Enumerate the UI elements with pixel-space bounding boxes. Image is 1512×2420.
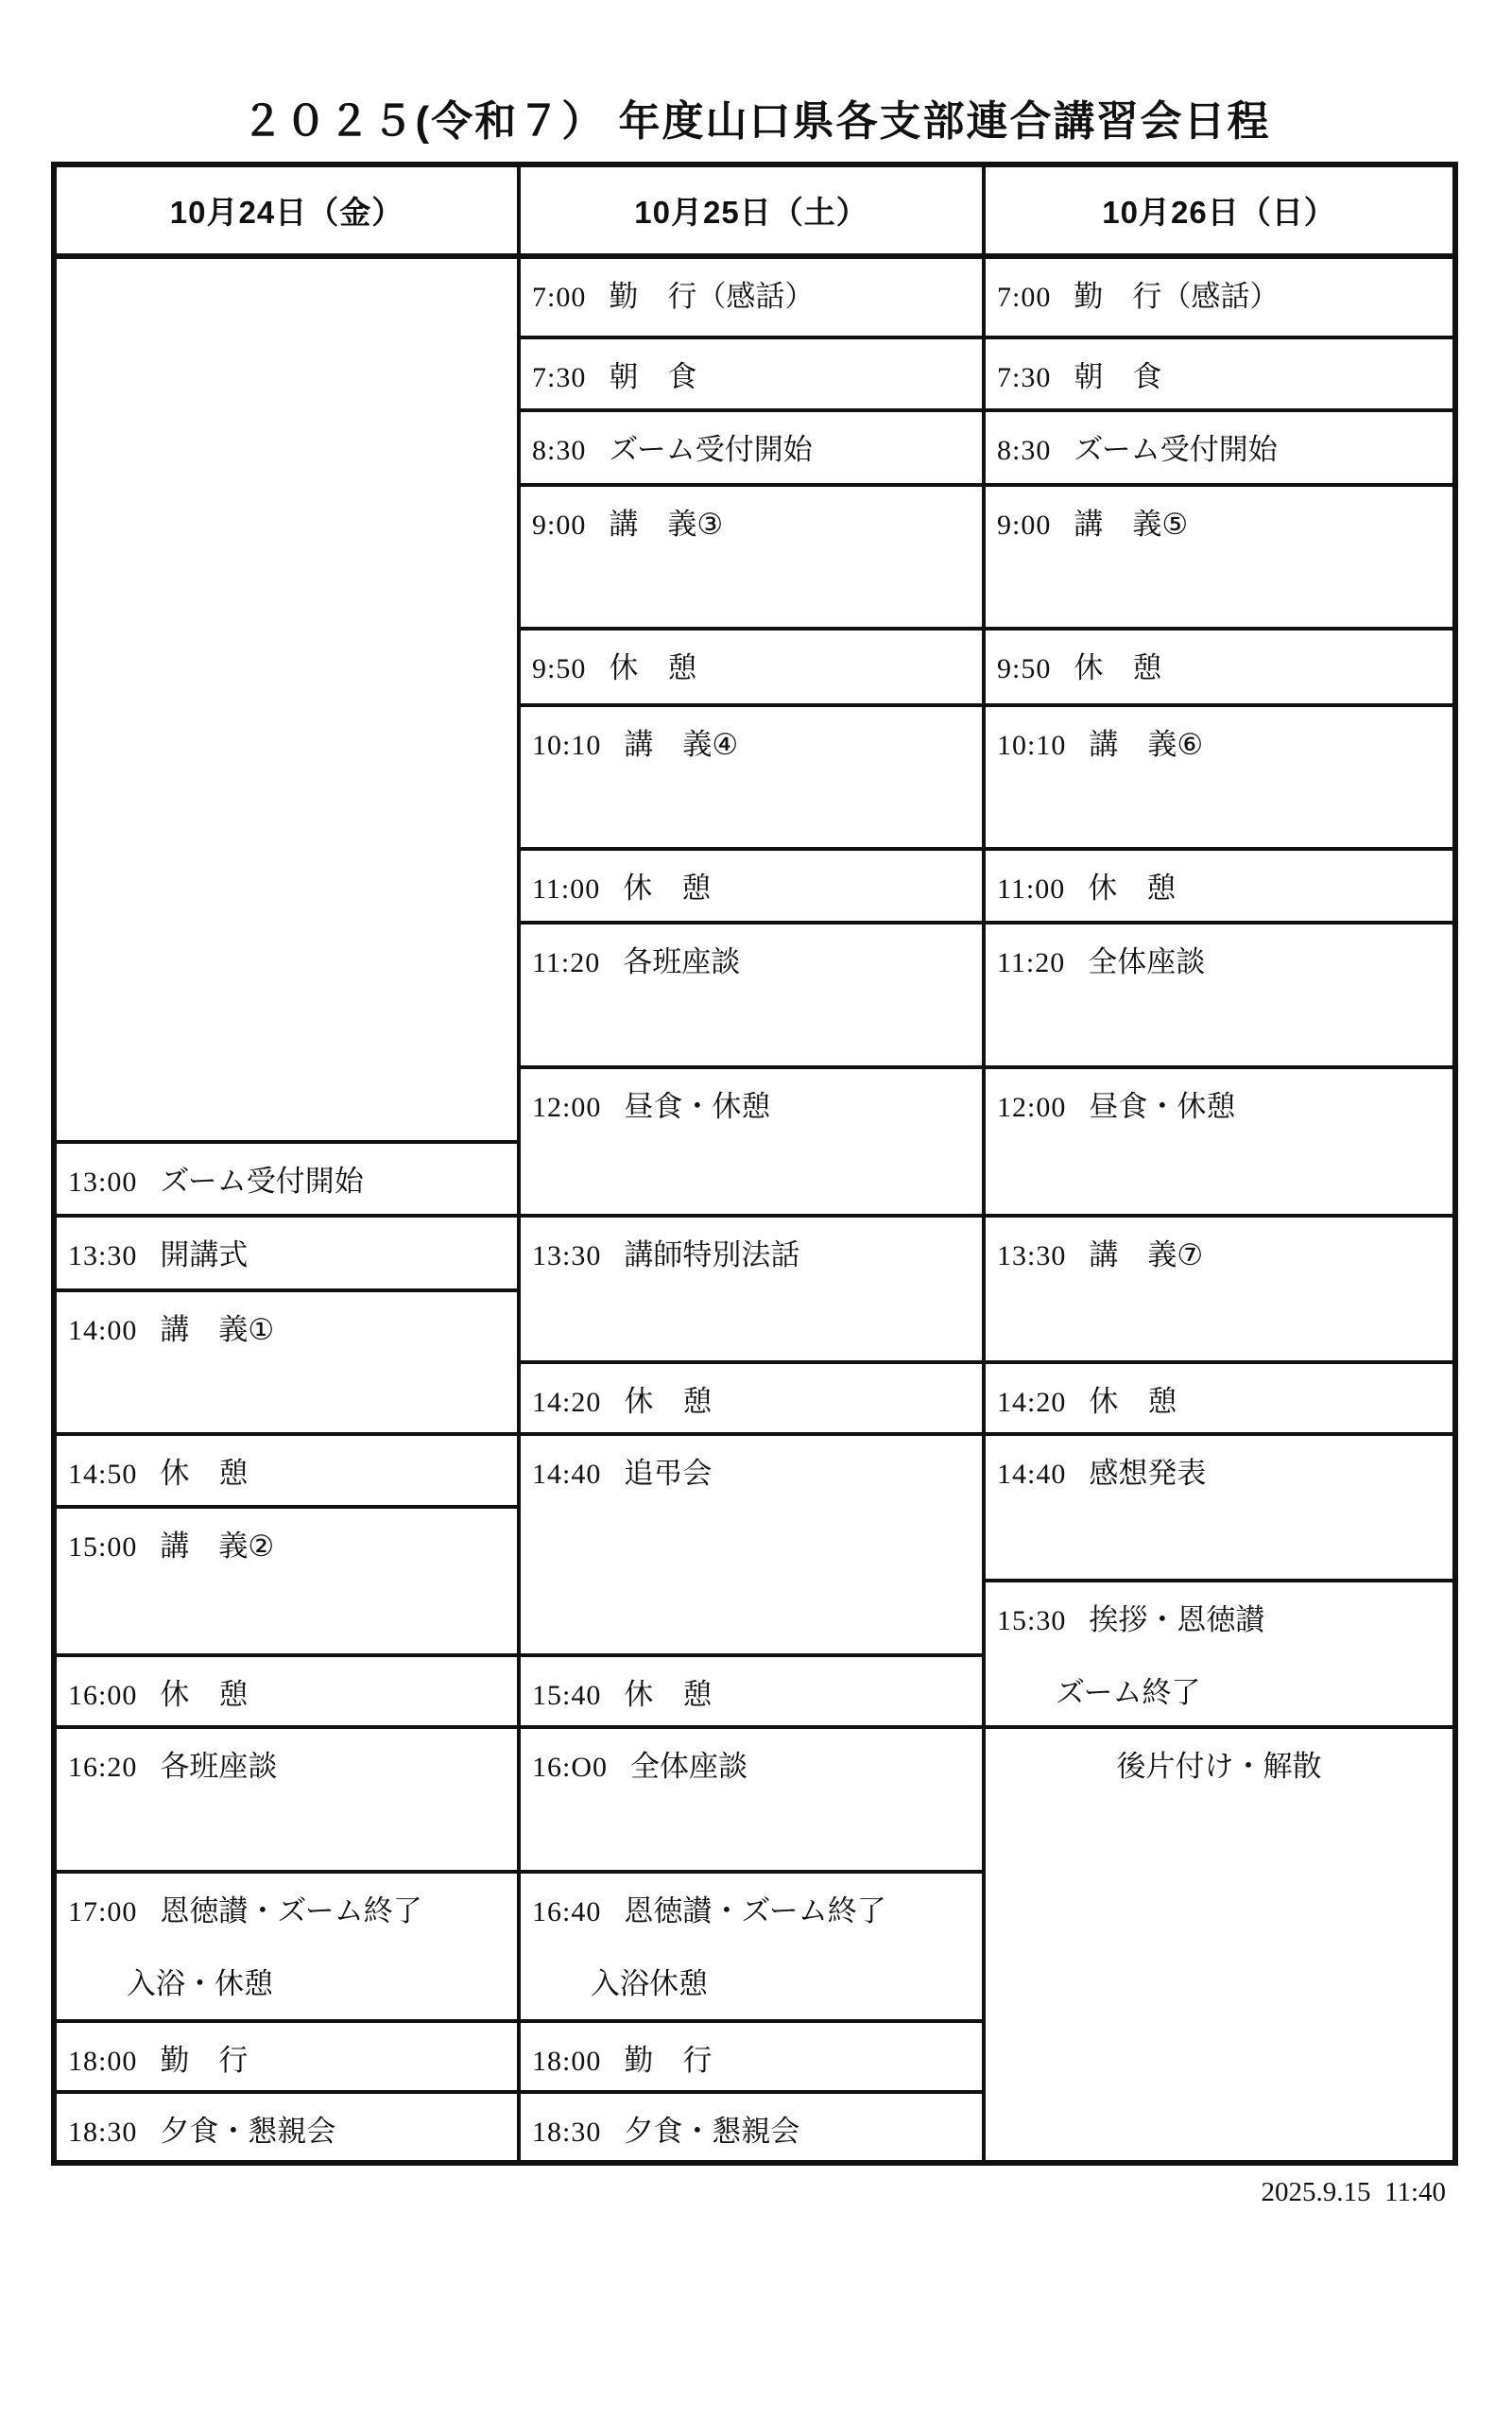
cell-entry: 10:10講 義④ <box>532 728 972 763</box>
cell-entry: 9:50休 憩 <box>997 651 1443 686</box>
cell-time: 13:30 <box>997 1240 1066 1271</box>
cell-label: 休 憩 <box>624 1678 712 1711</box>
cell-label: 勤 行（感話） <box>609 280 814 313</box>
schedule-cell: 14:40感想発表 <box>986 1436 1452 1582</box>
schedule-cell: 7:00勤 行（感話） <box>521 259 982 339</box>
schedule-cell: 13:30開講式 <box>57 1218 517 1292</box>
cell-time: 18:30 <box>68 2117 137 2148</box>
cell-time: 13:00 <box>68 1167 137 1198</box>
schedule-cell: 13:00ズーム受付開始 <box>57 1144 517 1218</box>
cell-label: 感想発表 <box>1089 1457 1206 1490</box>
schedule-page: ２０２５(令和７） 年度山口県各支部連合講習会日程 10月24日（金） 10月2… <box>0 0 1512 2420</box>
schedule-cell: 11:20全体座談 <box>986 925 1452 1069</box>
cell-time: 10:10 <box>532 730 601 761</box>
schedule-cell: 7:30朝 食 <box>986 339 1452 412</box>
cell-entry: 14:40追弔会 <box>532 1457 972 1492</box>
cell-entry: 11:00休 憩 <box>532 872 972 907</box>
schedule-cell: 9:00講 義⑤ <box>986 487 1452 631</box>
schedule-cell: 12:00昼食・休憩 <box>521 1069 982 1218</box>
cell-label: 夕食・懇親会 <box>624 2115 799 2148</box>
cell-entry: 13:30開講式 <box>68 1238 507 1273</box>
cell-label: 勤 行 <box>624 2044 712 2077</box>
cell-time: 14:40 <box>997 1459 1066 1490</box>
cell-time: 11:20 <box>532 947 600 978</box>
cell-entry: 10:10講 義⑥ <box>997 728 1443 763</box>
schedule-cell: 11:00休 憩 <box>986 851 1452 925</box>
schedule-cell: 後片付け・解散 <box>986 1729 1452 2166</box>
cell-time: 14:40 <box>532 1459 601 1490</box>
cell-label: 休 憩 <box>1088 872 1176 905</box>
cell-label: 恩徳讃・ズーム終了 <box>160 1894 421 1927</box>
cell-label: 講師特別法話 <box>624 1238 799 1271</box>
schedule-cell: 15:00講 義② <box>57 1509 517 1657</box>
cell-label: 講 義⑤ <box>1074 508 1188 541</box>
cell-entry: 15:30挨拶・恩徳讃 <box>997 1603 1443 1638</box>
cell-entry: 7:30朝 食 <box>532 360 972 395</box>
header-day-saturday: 10月25日（土） <box>521 167 986 253</box>
cell-time: 15:30 <box>997 1605 1066 1636</box>
schedule-cell: 14:20休 憩 <box>986 1364 1452 1436</box>
cell-label: 勤 行 <box>160 2044 248 2077</box>
cell-label: 休 憩 <box>624 1385 712 1418</box>
schedule-cell: 10:10講 義④ <box>521 707 982 851</box>
cell-time: 14:00 <box>68 1315 137 1346</box>
cell-time: 11:00 <box>532 873 600 905</box>
schedule-cell: 17:00恩徳讃・ズーム終了入浴・休憩 <box>57 1874 517 2023</box>
cell-time: 10:10 <box>997 730 1066 761</box>
cell-time: 9:00 <box>532 510 586 541</box>
header-day-sunday: 10月26日（日） <box>986 167 1452 253</box>
cell-entry: 18:30夕食・懇親会 <box>532 2115 972 2150</box>
cell-label: 朝 食 <box>1074 360 1161 393</box>
schedule-column-saturday: 7:00勤 行（感話）7:30朝 食8:30ズーム受付開始9:00講 義③9:5… <box>521 259 986 2166</box>
cell-entry: 12:00昼食・休憩 <box>532 1090 972 1125</box>
schedule-cell: 9:50休 憩 <box>521 631 982 707</box>
cell-entry: 16:O0全体座談 <box>532 1750 972 1785</box>
cell-label-line2: 入浴・休憩 <box>127 1967 507 2001</box>
cell-entry: 7:00勤 行（感話） <box>997 280 1443 315</box>
schedule-cell: 9:00講 義③ <box>521 487 982 631</box>
table-body: 13:00ズーム受付開始13:30開講式14:00講 義①14:50休 憩15:… <box>57 259 1452 2166</box>
print-timestamp: 2025.9.15 11:40 <box>51 2177 1446 2208</box>
schedule-cell: 14:00講 義① <box>57 1292 517 1436</box>
schedule-cell: 15:40休 憩 <box>521 1657 982 1729</box>
cell-label: 休 憩 <box>623 872 711 905</box>
schedule-cell: 18:00勤 行 <box>521 2023 982 2094</box>
cell-label: 講 義⑥ <box>1089 728 1203 761</box>
cell-label-line2: ズーム終了 <box>1056 1676 1443 1710</box>
cell-time: 7:30 <box>997 362 1051 393</box>
cell-entry: 11:20全体座談 <box>997 945 1443 980</box>
cell-time: 9:00 <box>997 510 1051 541</box>
cell-label: ズーム受付開始 <box>1074 433 1277 466</box>
schedule-cell: 14:20休 憩 <box>521 1364 982 1436</box>
cell-time: 9:50 <box>532 653 586 684</box>
cell-label: 講 義① <box>160 1313 274 1346</box>
cell-time: 15:40 <box>532 1680 601 1711</box>
cell-time: 13:30 <box>532 1240 601 1271</box>
cell-entry: 15:40休 憩 <box>532 1678 972 1713</box>
cell-entry: 12:00昼食・休憩 <box>997 1090 1443 1125</box>
cell-label: 各班座談 <box>160 1750 277 1783</box>
schedule-cell: 16:20各班座談 <box>57 1729 517 1874</box>
schedule-cell: 18:00勤 行 <box>57 2023 517 2094</box>
cell-entry: 16:00休 憩 <box>68 1678 507 1713</box>
cell-label: 開講式 <box>160 1238 248 1271</box>
schedule-cell: 14:40追弔会 <box>521 1436 982 1657</box>
cell-label: 恩徳讃・ズーム終了 <box>624 1894 885 1927</box>
cell-entry: 9:00講 義③ <box>532 508 972 543</box>
cell-time: 18:30 <box>532 2117 601 2148</box>
cell-label: 講 義⑦ <box>1089 1238 1203 1271</box>
cell-time: 14:20 <box>532 1387 601 1418</box>
schedule-cell: 16:40恩徳讃・ズーム終了入浴休憩 <box>521 1874 982 2023</box>
cell-time: 7:00 <box>997 282 1051 313</box>
cell-label: 各班座談 <box>623 945 740 978</box>
cell-time: 12:00 <box>997 1092 1066 1123</box>
schedule-cell <box>57 259 517 1144</box>
cell-entry: 7:30朝 食 <box>997 360 1443 395</box>
cell-entry: 15:00講 義② <box>68 1530 507 1564</box>
cell-label: 休 憩 <box>1074 651 1161 684</box>
schedule-cell: 15:30挨拶・恩徳讃ズーム終了 <box>986 1582 1452 1729</box>
cell-label: 休 憩 <box>160 1678 248 1711</box>
cell-label: 休 憩 <box>1089 1385 1177 1418</box>
cell-entry: 11:00休 憩 <box>997 872 1443 907</box>
cell-label: 休 憩 <box>160 1457 248 1490</box>
schedule-cell: 7:00勤 行（感話） <box>986 259 1452 339</box>
cell-entry: 後片付け・解散 <box>986 1750 1452 1784</box>
cell-entry: 18:00勤 行 <box>68 2044 507 2079</box>
schedule-cell: 18:30夕食・懇親会 <box>57 2094 517 2166</box>
cell-label-line2: 入浴休憩 <box>591 1967 972 2001</box>
cell-label: ズーム受付開始 <box>160 1165 363 1198</box>
cell-label: 勤 行（感話） <box>1074 280 1279 313</box>
cell-entry: 13:00ズーム受付開始 <box>68 1165 507 1200</box>
cell-time: 16:00 <box>68 1680 137 1711</box>
schedule-cell: 8:30ズーム受付開始 <box>986 412 1452 487</box>
cell-entry: 8:30ズーム受付開始 <box>997 433 1443 468</box>
schedule-column-friday: 13:00ズーム受付開始13:30開講式14:00講 義①14:50休 憩15:… <box>57 259 521 2166</box>
cell-entry: 14:00講 義① <box>68 1313 507 1348</box>
cell-label: 昼食・休憩 <box>1089 1090 1235 1123</box>
schedule-cell: 11:20各班座談 <box>521 925 982 1069</box>
cell-time: 7:00 <box>532 282 586 313</box>
schedule-cell: 18:30夕食・懇親会 <box>521 2094 982 2166</box>
schedule-cell: 10:10講 義⑥ <box>986 707 1452 851</box>
cell-time: 16:20 <box>68 1752 137 1783</box>
cell-label: 追弔会 <box>624 1457 712 1490</box>
cell-time: 11:20 <box>997 947 1065 978</box>
schedule-cell: 14:50休 憩 <box>57 1436 517 1509</box>
cell-entry: 14:50休 憩 <box>68 1457 507 1492</box>
cell-entry: 18:00勤 行 <box>532 2044 972 2079</box>
schedule-column-sunday: 7:00勤 行（感話）7:30朝 食8:30ズーム受付開始9:00講 義⑤9:5… <box>986 259 1452 2166</box>
header-day-friday: 10月24日（金） <box>57 167 521 253</box>
cell-entry: 14:20休 憩 <box>532 1385 972 1420</box>
schedule-cell: 9:50休 憩 <box>986 631 1452 707</box>
cell-entry: 13:30講師特別法話 <box>532 1238 972 1273</box>
cell-time: 16:40 <box>532 1896 601 1927</box>
schedule-cell: 8:30ズーム受付開始 <box>521 412 982 487</box>
schedule-cell: 13:30講師特別法話 <box>521 1218 982 1364</box>
cell-entry: 17:00恩徳讃・ズーム終了 <box>68 1894 507 1929</box>
cell-label: 夕食・懇親会 <box>160 2115 335 2148</box>
cell-label: 朝 食 <box>609 360 696 393</box>
cell-entry: 16:20各班座談 <box>68 1750 507 1785</box>
cell-time: 8:30 <box>997 435 1051 466</box>
cell-time: 11:00 <box>997 873 1065 905</box>
cell-label: 講 義③ <box>609 508 723 541</box>
cell-entry: 14:20休 憩 <box>997 1385 1443 1420</box>
cell-time: 15:00 <box>68 1531 137 1563</box>
table-header-row: 10月24日（金） 10月25日（土） 10月26日（日） <box>57 167 1452 259</box>
cell-time: 12:00 <box>532 1092 601 1123</box>
schedule-table: 10月24日（金） 10月25日（土） 10月26日（日） 13:00ズーム受付… <box>51 162 1458 2166</box>
cell-time: 18:00 <box>532 2046 601 2077</box>
cell-entry: 18:30夕食・懇親会 <box>68 2115 507 2150</box>
cell-label: 講 義② <box>160 1530 274 1563</box>
cell-time: 13:30 <box>68 1240 137 1271</box>
cell-entry: 7:00勤 行（感話） <box>532 280 972 315</box>
cell-time: 17:00 <box>68 1896 137 1927</box>
cell-label: 講 義④ <box>624 728 738 761</box>
cell-time: 16:O0 <box>532 1752 608 1783</box>
cell-label: 後片付け・解散 <box>1117 1750 1322 1783</box>
cell-time: 14:50 <box>68 1459 137 1490</box>
cell-label: 全体座談 <box>1088 945 1205 978</box>
cell-time: 8:30 <box>532 435 586 466</box>
schedule-cell: 12:00昼食・休憩 <box>986 1069 1452 1218</box>
cell-label: 昼食・休憩 <box>624 1090 770 1123</box>
cell-entry: 13:30講 義⑦ <box>997 1238 1443 1273</box>
cell-label: 全体座談 <box>630 1750 747 1783</box>
schedule-cell: 11:00休 憩 <box>521 851 982 925</box>
cell-label: ズーム受付開始 <box>609 433 812 466</box>
cell-entry: 11:20各班座談 <box>532 945 972 980</box>
cell-time: 7:30 <box>532 362 586 393</box>
cell-entry: 16:40恩徳讃・ズーム終了 <box>532 1894 972 1929</box>
cell-entry: 9:50休 憩 <box>532 651 972 686</box>
schedule-cell: 16:O0全体座談 <box>521 1729 982 1874</box>
cell-time: 18:00 <box>68 2046 137 2077</box>
schedule-cell: 16:00休 憩 <box>57 1657 517 1729</box>
cell-entry: 14:40感想発表 <box>997 1457 1443 1492</box>
cell-time: 14:20 <box>997 1387 1066 1418</box>
cell-label: 挨拶・恩徳讃 <box>1089 1603 1264 1636</box>
cell-entry: 8:30ズーム受付開始 <box>532 433 972 468</box>
cell-time: 9:50 <box>997 653 1051 684</box>
schedule-cell: 7:30朝 食 <box>521 339 982 412</box>
schedule-cell: 13:30講 義⑦ <box>986 1218 1452 1364</box>
cell-label: 休 憩 <box>609 651 696 684</box>
cell-entry: 9:00講 義⑤ <box>997 508 1443 543</box>
page-title: ２０２５(令和７） 年度山口県各支部連合講習会日程 <box>0 87 1512 147</box>
